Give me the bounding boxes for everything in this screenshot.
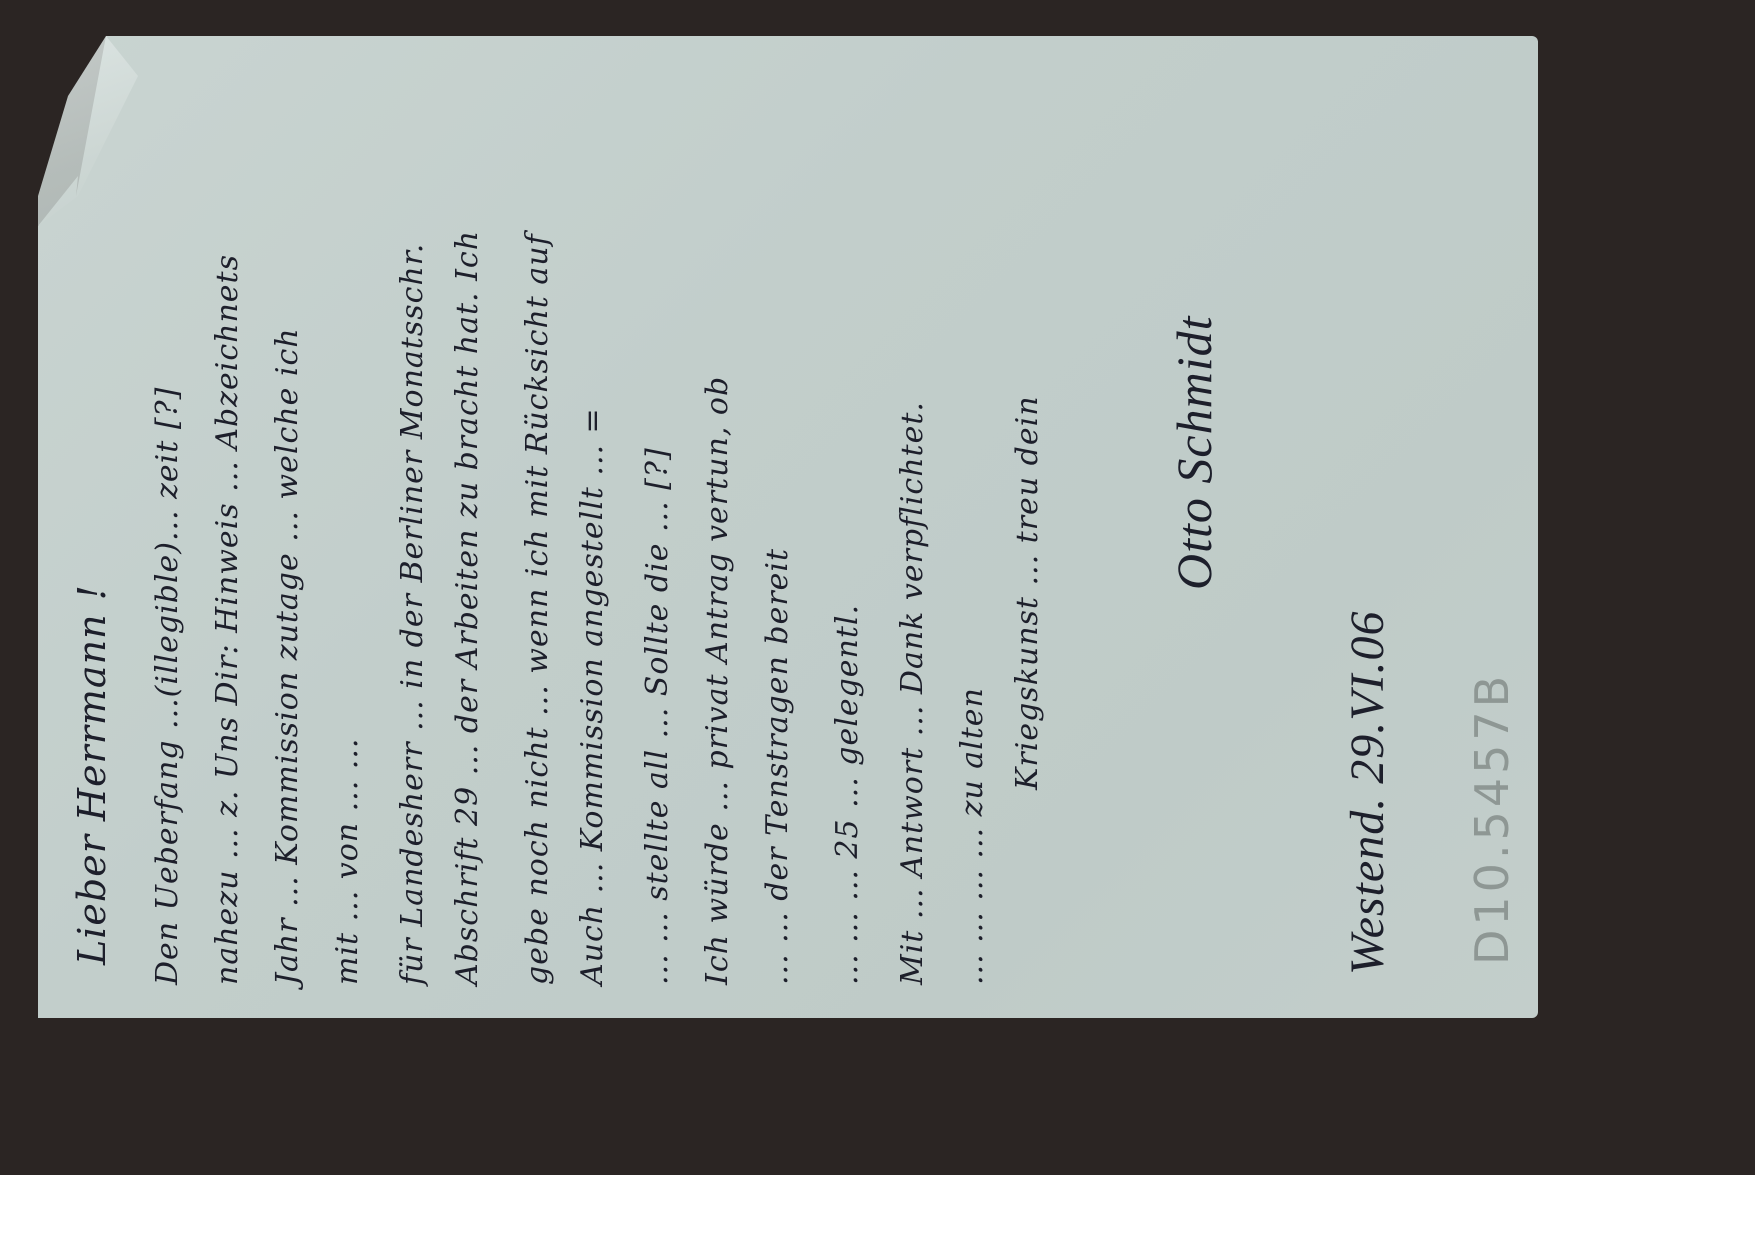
body-line-13: Mit ... Antwort ... Dank verpflichtet.: [895, 401, 930, 985]
body-line-11: ... ... der Tenstragen bereit: [760, 548, 795, 985]
body-line-3: Jahr ... Kommission zutage ... welche ic…: [270, 327, 305, 985]
body-line-2: nahezu ... z. Uns Dir: Hinweis ... Abzei…: [210, 254, 245, 985]
body-line-4: mit ... von ... ...: [330, 738, 365, 985]
body-line-10: Ich würde ... privat Antrag vertun, ob: [700, 376, 735, 985]
body-line-15: Kriegskunst ... treu dein: [1010, 395, 1045, 790]
signature: Otto Schmidt: [1165, 316, 1223, 590]
body-line-9: ... ... stellte all ... Sollte die ... […: [640, 447, 675, 985]
body-line-1: Den Ueberfang ...(illegible)... zeit [?]: [150, 387, 185, 985]
body-line-7: gebe noch nicht ... wenn ich mit Rücksic…: [520, 233, 555, 985]
body-line-6: Abschrift 29 ... der Arbeiten zu bracht …: [450, 230, 485, 985]
body-line-14: ... ... ... ... zu alten: [955, 687, 990, 985]
body-line-12: ... ... ... 25 ... gelegentl.: [830, 604, 865, 985]
body-line-8: Auch ... Kommission angestellt ... =: [575, 407, 610, 985]
greeting: Lieber Herrmann !: [70, 584, 114, 965]
archive-shelfmark: D10.5457B: [1465, 672, 1519, 965]
body-line-5: für Landesherr ... in der Berliner Monat…: [395, 243, 430, 985]
dateline: Westend. 29.VI.06: [1340, 610, 1395, 975]
